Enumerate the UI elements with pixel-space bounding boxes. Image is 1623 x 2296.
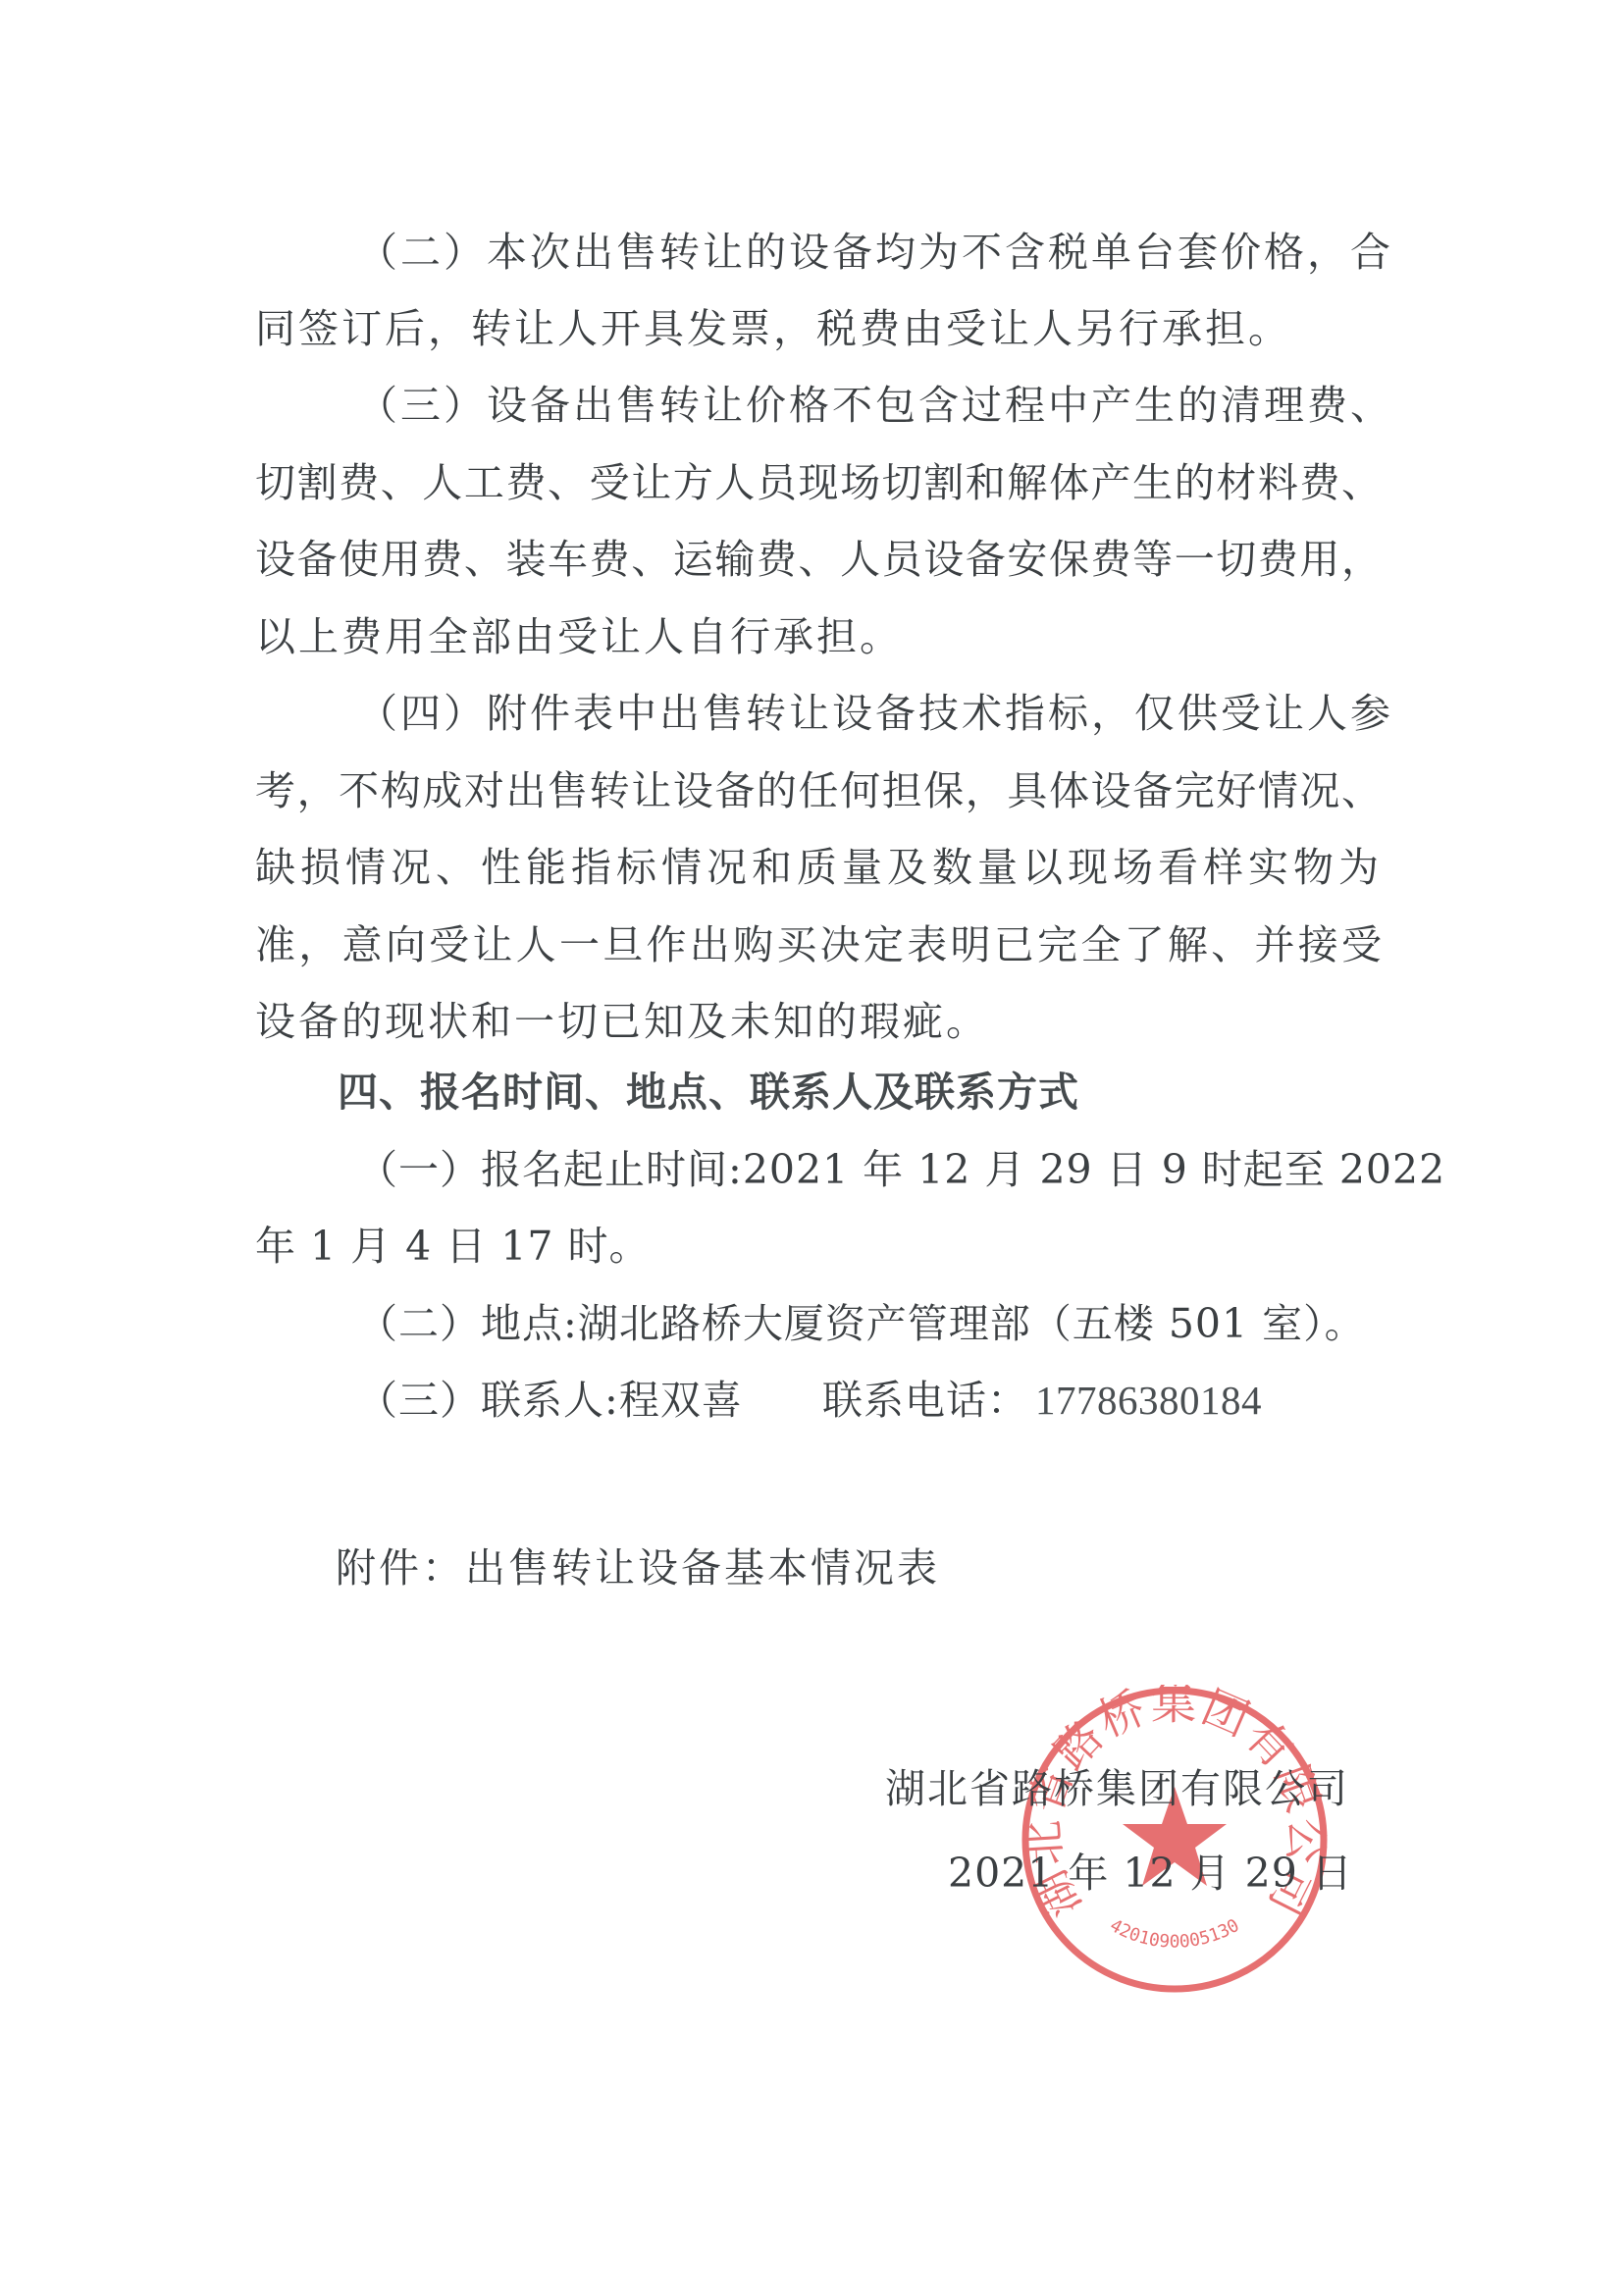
registration-time-line-2: 年 1 月 4 日 17 时。 [255, 1217, 1382, 1276]
signature-company-name: 湖北省路桥集团有限公司 [885, 1759, 1349, 1818]
registration-phone-label: 联系电话： [822, 1371, 1038, 1430]
paragraph-4-line-5: 设备的现状和一切已知及未知的瑕疵。 [255, 992, 1382, 1051]
registration-phone-number: 17786380184 [1035, 1371, 1290, 1430]
document-page: （二）本次出售转让的设备均为不含税单台套价格，合 同签订后，转让人开具发票，税费… [0, 0, 1623, 2296]
paragraph-2-line-2: 同签订后，转让人开具发票，税费由受让人另行承担。 [255, 299, 1382, 358]
paragraph-2-line-1: （二）本次出售转让的设备均为不含税单台套价格，合 [357, 223, 1382, 282]
official-seal-stamp: 湖北省路桥集团有限公司 4201090005130 [1018, 1685, 1332, 1999]
attachment-reference: 附件：出售转让设备基本情况表 [336, 1539, 964, 1597]
paragraph-4-line-3: 缺损情况、性能指标情况和质量及数量以现场看样实物为 [255, 838, 1382, 897]
registration-contact-person: （三）联系人:程双喜 [357, 1371, 809, 1430]
paragraph-4-line-1: （四）附件表中出售转让设备技术指标，仅供受让人参 [357, 684, 1382, 743]
signature-date: 2021 年 12 月 29 日 [948, 1844, 1353, 1903]
paragraph-4-line-2: 考，不构成对出售转让设备的任何担保，具体设备完好情况、 [255, 761, 1382, 820]
section-heading: 四、报名时间、地点、联系人及联系方式 [338, 1063, 1464, 1122]
paragraph-3-line-1: （三）设备出售转让价格不包含过程中产生的清理费、 [357, 376, 1382, 435]
registration-location: （二）地点:湖北路桥大厦资产管理部（五楼 501 室）。 [357, 1294, 1382, 1353]
paragraph-3-line-2: 切割费、人工费、受让方人员现场切割和解体产生的材料费、 [255, 453, 1382, 512]
registration-time-line-1: （一）报名起止时间:2021 年 12 月 29 日 9 时起至 2022 [357, 1140, 1382, 1199]
paragraph-4-line-4: 准，意向受让人一旦作出购买决定表明已完全了解、并接受 [255, 915, 1382, 974]
stamp-code: 4201090005130 [1106, 1915, 1242, 1953]
paragraph-3-line-3: 设备使用费、装车费、运输费、人员设备安保费等一切费用， [255, 530, 1382, 589]
paragraph-3-line-4: 以上费用全部由受让人自行承担。 [255, 607, 1382, 666]
